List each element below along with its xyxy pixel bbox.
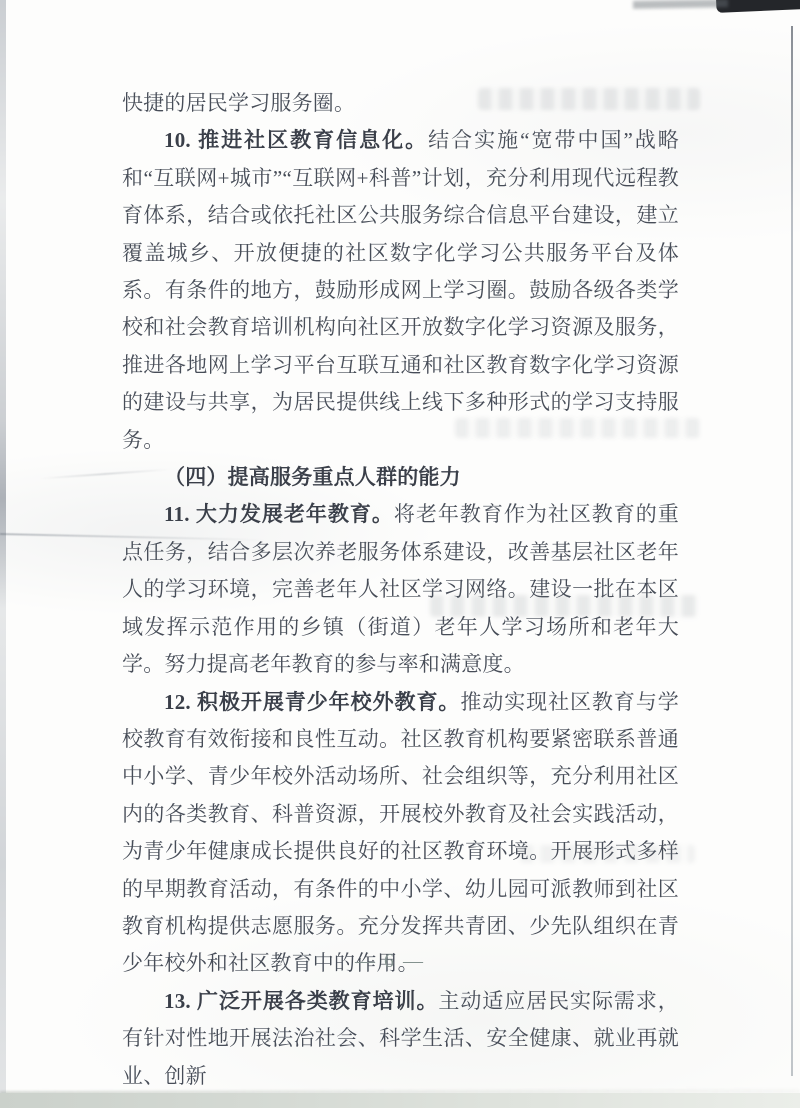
paragraph-text: 推动实现社区教育与学校教育有效衔接和良性互动。社区教育机构要紧密联系普通中小学、… (122, 690, 679, 976)
scan-right-edge-line (791, 26, 793, 1076)
page-number: — 6 — (110, 950, 670, 973)
paragraph: 13. 广泛开展各类教育培训。主动适应居民实际需求，有针对性地开展法治社会、科学… (122, 983, 679, 1095)
paragraph-text: （四）提高服务重点人群的能力 (164, 465, 461, 489)
scan-left-edge-shadow (0, 0, 6, 1108)
scan-top-right-smudge (633, 0, 728, 9)
paragraph-text: 结合实施“宽带中国”战略和“互联网+城市”“互联网+科普”计划，充分利用现代远程… (122, 128, 679, 451)
paragraph-text: 将老年教育作为社区教育的重点任务，结合多层次养老服务体系建设，改善基层社区老年人… (122, 502, 679, 676)
paragraph: 10. 推进社区教育信息化。结合实施“宽带中国”战略和“互联网+城市”“互联网+… (122, 122, 679, 459)
document-body: 快捷的居民学习服务圈。10. 推进社区教育信息化。结合实施“宽带中国”战略和“互… (122, 85, 679, 1095)
paragraph-text: 快捷的居民学习服务圈。 (122, 91, 355, 115)
paragraph-lead: 12. 积极开展青少年校外教育。 (164, 690, 460, 714)
paragraph: 12. 积极开展青少年校外教育。推动实现社区教育与学校教育有效衔接和良性互动。社… (122, 684, 679, 983)
scanned-document-page: 快捷的居民学习服务圈。10. 推进社区教育信息化。结合实施“宽带中国”战略和“互… (0, 0, 800, 1108)
paragraph-lead: 11. 大力发展老年教育。 (164, 502, 394, 526)
scan-top-right-corner-mark (716, 0, 800, 13)
section-heading: （四）提高服务重点人群的能力 (122, 459, 679, 496)
scan-bottom-edge-shadow (0, 1093, 800, 1108)
paragraph: 快捷的居民学习服务圈。 (122, 85, 679, 122)
paragraph: 11. 大力发展老年教育。将老年教育作为社区教育的重点任务，结合多层次养老服务体… (122, 496, 679, 683)
paragraph-lead: 13. 广泛开展各类教育培训。 (164, 989, 438, 1013)
paragraph-lead: 10. 推进社区教育信息化。 (164, 128, 428, 152)
